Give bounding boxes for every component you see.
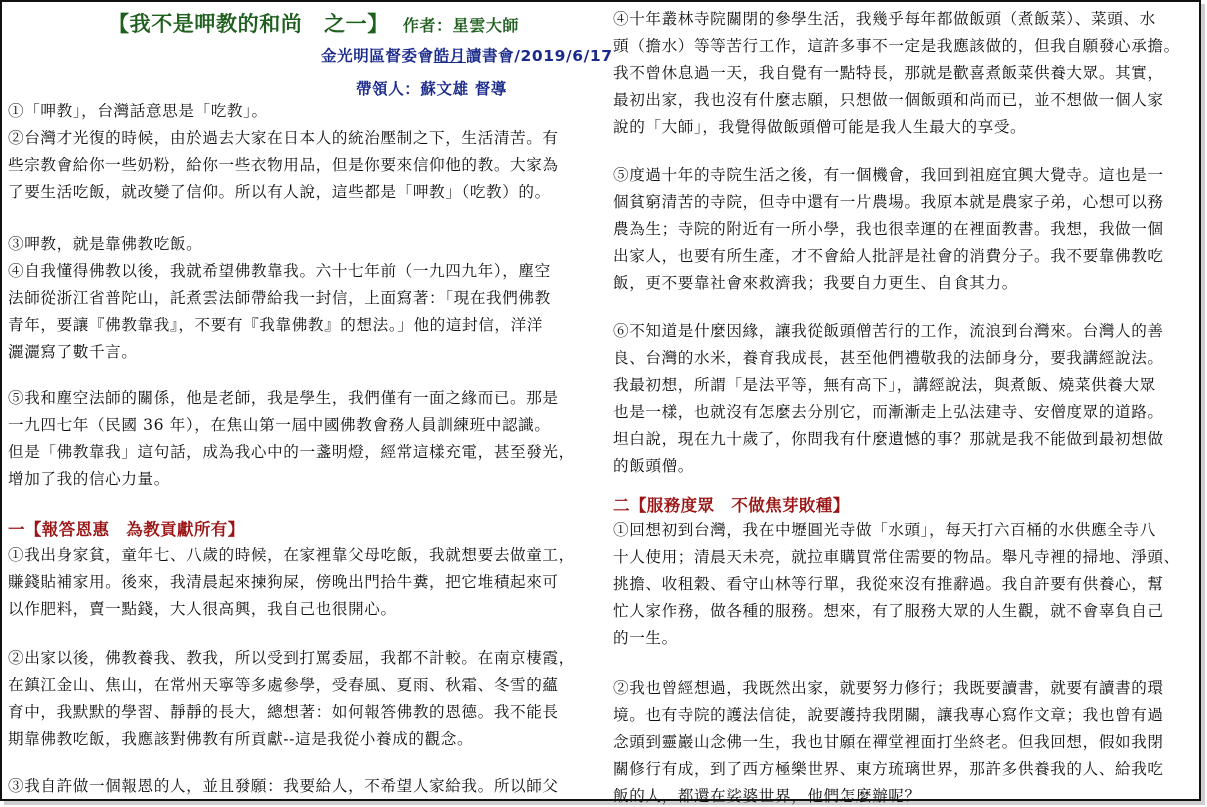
paragraph-line: ④十年叢林寺院關閉的參學生活，我幾乎每年都做飯頭（煮飯菜）、菜頭、水	[613, 6, 1156, 33]
paragraph-line: ②出家以後，佛教養我、教我，所以受到打罵委屈，我都不計較。在南京棲霞，	[8, 645, 575, 672]
paragraph-line: 以作肥料，賣一點錢，大人很高興，我自己也很開心。	[8, 596, 397, 623]
paragraph-line: 說的「大師」，我覺得做飯頭僧可能是我人生最大的享受。	[613, 114, 1026, 141]
paragraph-line: 增加了我的信心力量。	[8, 466, 170, 493]
section-heading-1: 一【報答恩惠 為教貢獻所有】	[8, 516, 245, 540]
organizer-suffix: 讀書會/2019/6/17	[466, 47, 613, 65]
paragraph-line: 良、台灣的水米，養育我成長，甚至他們禮敬我的法師身分，要我講經說法。	[613, 345, 1164, 372]
paragraph-line: 飯，更不要靠社會來救濟我；我要自力更生、自食其力。	[613, 270, 1018, 297]
paragraph-line: 飯的人，都還在娑婆世界，他們怎麼辦呢？	[613, 783, 921, 807]
paragraph-line: 的飯頭僧。	[613, 453, 694, 480]
paragraph-line: 忙人家作務，做各種的服務。想來，有了服務大眾的人生觀，就不會辜負自己	[613, 598, 1164, 625]
paragraph-line: ②我也曾經想過，我既然出家，就要努力修行；我既要讀書，就要有讀書的環	[613, 675, 1164, 702]
document-title: 【我不是呷教的和尚 之一】	[108, 12, 389, 36]
paragraph-line: ①我出身家貧，童年七、八歲的時候，在家裡靠父母吃飯，我就想要去做童工，	[8, 542, 575, 569]
organizer-underlined: 皓月	[434, 47, 466, 65]
paragraph-line: ③我自許做一個報恩的人，並且發願：我要給人，不希望人家給我。所以師父	[8, 773, 559, 800]
leader-line: 帶領人：蘇文雄 督導	[356, 77, 507, 99]
paragraph-line: ③呷教，就是靠佛教吃飯。	[8, 231, 202, 258]
paragraph-line: 坦白說，現在九十歲了，你問我有什麼遺憾的事？那就是我不能做到最初想做	[613, 426, 1164, 453]
paragraph-line: ⑥不知道是什麼因緣，讓我從飯頭僧苦行的工作，流浪到台灣來。台灣人的善	[613, 318, 1164, 345]
paragraph-line: ①回想初到台灣，我在中壢圓光寺做「水頭」，每天打六百桶的水供應全寺八	[613, 517, 1156, 544]
paragraph-line: 育中，我默默的學習、靜靜的長大，總想著：如何報答佛教的恩德。我不能長	[8, 699, 559, 726]
paragraph-line: 但是「佛教靠我」這句話，成為我心中的一盞明燈，經常這樣充電，甚至發光，	[8, 439, 575, 466]
paragraph-line: 農為生；寺院的附近有一所小學，我也很幸運的在裡面教書。我想，我做一個	[613, 216, 1164, 243]
paragraph-line: 境。也有寺院的護法信徒，說要護持我閉關，讓我專心寫作文章；我也曾有過	[613, 702, 1164, 729]
paragraph-line: 也是一樣，也就沒有怎麼去分別它，而漸漸走上弘法建寺、安僧度眾的道路。	[613, 399, 1164, 426]
paragraph-line: 出家人，也要有所生產，才不會給人批評是社會的消費分子。我不要靠佛教吃	[613, 243, 1164, 270]
author-line: 作者：星雲大師	[403, 16, 519, 35]
paragraph-line: ①「呷教」，台灣話意思是「吃教」。	[8, 98, 268, 125]
paragraph-line: ④自我懂得佛教以後，我就希望佛教靠我。六十七年前（一九四九年），塵空	[8, 258, 551, 285]
section-heading-2: 二【服務度眾 不做焦芽敗種】	[613, 492, 850, 516]
paragraph-line: 期靠佛教吃飯，我應該對佛教有所貢獻--這是我從小養成的觀念。	[8, 726, 473, 753]
paragraph-line: 十人使用；清晨天未亮，就拉車購買常住需要的物品。舉凡寺裡的掃地、淨頭、	[613, 544, 1180, 571]
organizer-prefix: 金光明區督委會	[321, 47, 434, 65]
paragraph-line: 關修行有成，到了西方極樂世界、東方琉璃世界，那許多供養我的人、給我吃	[613, 756, 1164, 783]
paragraph-line: ⑤我和塵空法師的關係，他是老師，我是學生，我們僅有一面之緣而已。那是	[8, 385, 559, 412]
paragraph-line: 一九四七年（民國 36 年），在焦山第一屆中國佛教會務人員訓練班中認識。	[8, 412, 551, 439]
paragraph-line: 些宗教會給你一些奶粉，給你一些衣物用品，但是你要來信仰他的教。大家為	[8, 152, 559, 179]
paragraph-line: 法師從浙江省普陀山，託煮雲法師帶給我一封信，上面寫著：「現在我們佛教	[8, 285, 551, 312]
paragraph-line: 挑擔、收租穀、看守山林等行單，我從來沒有推辭過。我自許要有供養心，幫	[613, 571, 1164, 598]
paragraph-line: 賺錢貼補家用。後來，我清晨起來揀狗屎，傍晚出門拾牛糞，把它堆積起來可	[8, 569, 559, 596]
paragraph-line: 我最初想，所謂「是法平等，無有高下」，講經說法，與煮飯、燒菜供養大眾	[613, 372, 1156, 399]
paragraph-line: 了要生活吃飯，就改變了信仰。所以有人說，這些都是「呷教」（吃教）的。	[8, 179, 551, 206]
paragraph-line: ②台灣才光復的時候，由於過去大家在日本人的統治壓制之下，生活清苦。有	[8, 125, 559, 152]
title-row: 【我不是呷教的和尚 之一】作者：星雲大師	[108, 8, 519, 38]
organizer-line: 金光明區督委會皓月讀書會/2019/6/17	[321, 44, 613, 66]
paragraph-line: 在鎮江金山、焦山，在常州天寧等多處參學，受春風、夏雨、秋霜、冬雪的蘊	[8, 672, 559, 699]
paragraph-line: 念頭到靈巖山念佛一生，我也甘願在禪堂裡面打坐終老。但我回想，假如我閉	[613, 729, 1164, 756]
document-page: 【我不是呷教的和尚 之一】作者：星雲大師 金光明區督委會皓月讀書會/2019/6…	[0, 0, 1201, 801]
paragraph-line: 頭（擔水）等等苦行工作，這許多事不一定是我應該做的，但我自願發心承擔。	[613, 33, 1180, 60]
paragraph-line: ⑤度過十年的寺院生活之後，有一個機會，我回到祖庭宜興大覺寺。這也是一	[613, 162, 1164, 189]
paragraph-line: 個貧窮清苦的寺院，但寺中還有一片農場。我原本就是農家子弟，心想可以務	[613, 189, 1164, 216]
paragraph-line: 的一生。	[613, 625, 678, 652]
paragraph-line: 青年，要讓『佛教靠我』，不要有『我靠佛教』的想法。」他的這封信，洋洋	[8, 312, 543, 339]
paragraph-line: 最初出家，我也沒有什麼志願，只想做一個飯頭和尚而已，並不想做一個人家	[613, 87, 1164, 114]
paragraph-line: 灑灑寫了數千言。	[8, 339, 138, 366]
paragraph-line: 我不曾休息過一天，我自覺有一點特長，那就是歡喜煮飯菜供養大眾。其實，	[613, 60, 1164, 87]
